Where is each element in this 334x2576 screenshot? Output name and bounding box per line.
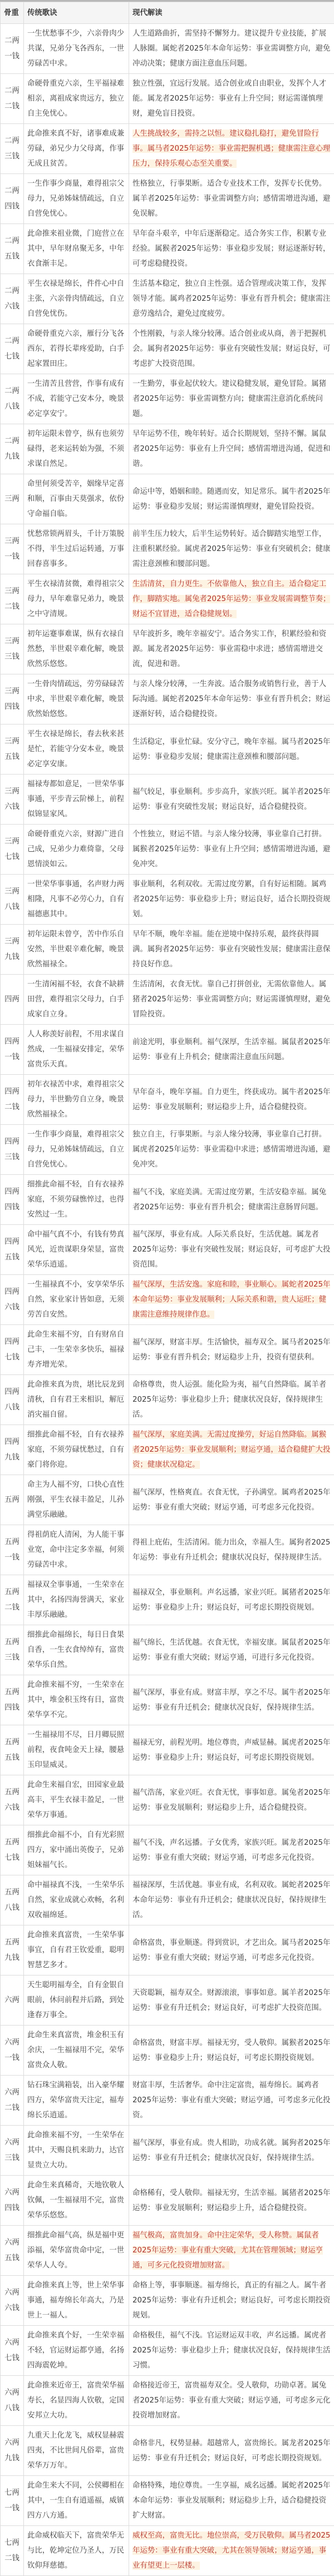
modern-text: 福气不浅，声名远播。子女优秀，家族兴旺。属龙者2025年运势：事业有重大突破；财… [132,1839,330,1862]
poem-cell: 一世荣华事事通，名声财力两相隆，凡事不必劳心力，自有福德惠其中。 [24,875,129,925]
modern-text: 独立性强，宜远行发展。适合创业或自由职业，发挥个人才能。属龙者2025年运势：事… [132,80,326,118]
poem-cell: 此命推来真上等，世上荣华事事通，福寿绵长年高大，乃是世上一福人。 [24,2276,129,2326]
poem-cell: 此命推来真为贵，堪比辰龙到清秋，自有君王来相识，解厄消灾福自留。 [24,1375,129,1425]
modern-text: 生活基本稳定，独立自主性强。适合管理或决策工作，发挥领导才能。属鸡者2025年运… [132,280,330,318]
weight-cell: 四两五钱 [1,1225,24,1275]
weight-label: 二两六钱 [4,284,21,315]
weight-cell: 五两 [1,1475,24,1525]
weight-cell: 三两九钱 [1,925,24,975]
poem-text: 钻石珠宝满箱装，出入豪华耀四方，荣华富贵天注定，福寿绵长乐逍遥。 [27,2081,124,2120]
poem-text: 此命推来真不好，诸事难成兼劳碌，弟兄少力父母离，作事无成且贫苦。 [27,130,124,168]
poem-cell: 此命推来近帝王，富贵荣华福寿长，名显四海人钦敬，定国安邦立大功。 [24,2376,129,2426]
poem-text: 命里何须受苦辛，姻缘早定喜和顺，百事由天莫强求，依份守命福自临。 [27,480,124,518]
poem-text: 命硬骨重克六亲，雁行分飞各西东，若得长辈疼爱助，白手起家置田庄。 [27,330,124,368]
weight-label: 四两六钱 [4,1284,21,1316]
poem-cell: 命里何须受苦辛，姻缘早定喜和顺，百事由天莫强求，依份守命福自临。 [24,474,129,524]
modern-cell: 福气深厚，生活安逸。家庭和睦，事业顺心。属蛇者2025年本命年运势：事业发展顺利… [129,1275,334,1325]
modern-cell: 早年不顺，晚年幸福。能在逆境中保持乐观，最终获得圆满。属狗者2025年运势：事业… [129,925,334,975]
modern-cell: 威权至高，富贵无比。地位崇高，受万民敬仰。属马者2025年运势：事业有重大突破，… [129,2526,334,2576]
table-row: 二两一钱一生忧愁事不少，六亲骨肉少共谋，兄弟分飞各西东，一世劳碌苦中求。人生道路… [1,24,334,74]
poem-cell: 一生清苦且营营，作事有成有不成，若能守己安本分，晚景必定享安宁。 [24,374,129,424]
table-body: 二两一钱一生忧愁事不少，六亲骨肉少共谋，兄弟分飞各西东，一世劳碌苦中求。人生道路… [1,24,334,2576]
modern-cell: 福气浩荡，家业兴旺。衣食无忧，事事如意。属兔者2025年运势：事业发展顺利；财运… [129,1775,334,1825]
modern-text: 福气深厚，性格爽直。衣食无忧，子孙满堂。属鸡者2025年运势：事业有重大突破；财… [132,1488,330,1512]
weight-label: 四两四钱 [4,1184,21,1215]
table-row: 二两四钱一生作事少商量，难得祖宗父母力，兄弟姊妹情疏远，自立自营免忧心。性格独立… [1,174,334,224]
poem-cell: 细推此命福气高，纵是福中更添福，荣华富贵命中定，一世荣华人人夸。 [24,2226,129,2276]
modern-cell: 前半生压力较大，后半生运势转好。适合脚踏实地型工作，注重积累经验。属虎者2025… [129,524,334,574]
table-row: 五两五钱一生福禄用不尽，日月卿辰照前程，夜食吨金天上禄，腰悬玉印显威灵。福禄无穷… [1,1725,334,1775]
poem-text: 此命推来近帝王，富贵荣华福寿长，名显四海人钦敬，定国安邦立大功。 [27,2381,124,2420]
poem-cell: 此命推来祖业微，门庭营立在其中，早年财帛聚无多，中年衣食渐丰足。 [24,224,129,274]
table-row: 四两八钱此命推来真为贵，堪比辰龙到清秋，自有君王来相识，解厄消灾福自留。命格尊贵… [1,1375,334,1425]
table-row: 五两二钱福禄双全事事通，一生荣幸在其中，名扬四海誉满天，家业丰厚乐融融。福禄双全… [1,1575,334,1625]
header-weight: 骨重 [1,2,24,24]
poem-cell: 细推此命福不小，自有光彩照四方，家中涌出英俊子，兄弟姐妹福气长。 [24,1825,129,1875]
modern-cell: 早年奋斗艰辛，中年后逐渐稳定。适合务实工作，积累专业经验。属猴者2025年运势：… [129,224,334,274]
poem-cell: 此命生来福自宏，田园家业最高丰，平生衣禄丰盈足，一世荣华万事通。 [24,1775,129,1825]
poem-cell: 忧愁常锁两眉头，千计万策脱不得，半生过后运转通，万事回春喜事多。 [24,524,129,574]
modern-text: 财富丰厚，生活奢华。命中注定富贵，福寿绵长。属鸡者2025年运势：事业有重大突破… [132,2081,330,2120]
modern-text: 性格独立，行事果断。适合专业技术工作，发挥专长优势。属羊者2025年运势：事业需… [132,180,330,218]
modern-cell: 命格稀有，受人敬仰。福禄无穷，生活幸福。属猪者2025年运势：事业发展顺利；财运… [129,2176,334,2226]
poem-cell: 一生骨肉情疏远，劳劳碌碌苦中求，半世艰辛难化解，晚景欣然始悠悠。 [24,674,129,724]
poem-text: 此命生来福不穷，自有财帛自己丰，一生荣幸多快乐，福禄寿齐增光荣。 [27,1331,124,1369]
modern-cell: 得祖上庇佑，生活清闲。能力出众，幸福人生。属狗者2025年运势：事业有升迁机会；… [129,1525,334,1575]
modern-text: 福气浩荡，家业兴旺。衣食无忧，事事如意。属兔者2025年运势：事业发展顺利；财运… [132,1789,330,1812]
weight-label: 二两八钱 [4,384,21,415]
weight-cell: 二两六钱 [1,274,24,324]
modern-text-highlighted: 生活清贫，自力更生。不依靠他人，独立自主。适合稳定工作，脚踏实地。属兔者2025… [132,580,330,618]
weight-cell: 四两一钱 [1,1025,24,1075]
weight-cell: 六两三钱 [1,2126,24,2176]
weight-cell: 五两七钱 [1,1825,24,1875]
weight-label: 五两三钱 [4,1635,21,1666]
table-row: 六两七钱此命推来真个好，一生荣幸福不轻，官运财运都亨通，名扬四海震乾坤。命格极佳… [1,2326,334,2376]
poem-text: 命硬骨重克六亲，财源广进自己成，兄弟少力难倚靠，父母恩情淡如云。 [27,830,124,868]
weight-cell: 六两五钱 [1,2226,24,2276]
modern-cell: 命格极佳，福气不浅。官运财运双丰收，声名远播。属虎者2025年运势：事业稳步上升… [129,2326,334,2376]
modern-cell: 福禄深厚，生活优越。事业有成，名利双收。属蛇者2025年本命年运势：事业有升迁机… [129,1875,334,1925]
weight-label: 二两二钱 [4,83,21,115]
weight-label: 三两三钱 [4,634,21,665]
weight-cell: 四两七钱 [1,1325,24,1375]
modern-text-highlighted: 福气深厚，生活安逸。家庭和睦，事业顺心。属蛇者2025年本命年运势：事业发展顺利… [132,1280,330,1319]
poem-text: 平生衣禄是绵长，春去秋来甚是忙，若能守分安本业，晚景必定享安康。 [27,730,124,768]
modern-text: 福禄双全，事业顺利。声名远播，家业兴旺。属猪者2025年运势：事业稳步上升；财运… [132,1589,330,1612]
table-row: 五两六钱此命生来福自宏，田园家业最高丰，平生衣禄丰盈足，一世荣华万事通。福气浩荡… [1,1775,334,1825]
modern-cell: 福气较足，事业顺利。步步高升，家族兴旺。属羊者2025年运势：事业有突破性发展；… [129,775,334,825]
modern-cell: 早年波折多，晚年幸福安宁。适合务实工作，积累经验和资源。属龙者2025年运势：事… [129,624,334,674]
table-row: 六两八钱此命推来近帝王，富贵荣华福寿长，名显四海人钦敬，定国安邦立大功。命格接近… [1,2376,334,2426]
table-row: 四两六钱一生福禄真不小，安享荣华乐自然，家业家计皆如意，无须劳苦自安然。福气深厚… [1,1275,334,1325]
table-row: 二两七钱命硬骨重克六亲，雁行分飞各西东，若得长辈疼爱助，白手起家置田庄。个性刚毅… [1,324,334,374]
poem-cell: 福禄双全事事通，一生荣幸在其中，名扬四海誉满天，家业丰厚乐融融。 [24,1575,129,1625]
poem-cell: 初年运限未曾亨，苦中作乐自安然，半世艰辛难化解，晚景欣然福禄全。 [24,925,129,975]
modern-text: 福气深厚，事业有成。财富丰厚，享之不尽。属牛者2025年运势：事业有升迁机会；健… [132,1689,330,1712]
modern-cell: 事业顺利，名利双收。无需过度劳累，自有好运相随。属鸡者2025年运势：事业稳步上… [129,875,334,925]
table-row: 三两命里何须受苦辛，姻缘早定喜和顺，百事由天莫强求，依份守命福自临。命运中等，婚… [1,474,334,524]
weight-cell: 二两一钱 [1,24,24,74]
table-row: 四两一钱人人称羡好前程，不用求谋自然成，一生福禄安排定，荣华富贵乐天真。前途光明… [1,1025,334,1075]
modern-cell: 命格富贵，财富丰厚。福禄无穷，受人敬仰。属猴者2025年运势：事业稳步上升；财运… [129,2026,334,2076]
modern-cell: 福禄无穷，前程光明。地位尊贵，声威显赫。属虎者2025年运势：事业稳步上升；财运… [129,1725,334,1775]
table-row: 四两三钱一生作事少商量，难得祖宗父母力，兄弟姊妹情疏远，自立自营免忧心。独立自主… [1,1125,334,1175]
table-row: 七两一钱此命生来大不同，公侯卿相在其中，一生自有逍遥福，威镇四方八方通。命格特殊… [1,2476,334,2526]
modern-cell: 福禄双全，事业顺利。声名远播，家业兴旺。属猪者2025年运势：事业稳步上升；财运… [129,1575,334,1625]
poem-cell: 此命推来真不好，诸事难成兼劳碌，弟兄少力父母离，作事无成且贫苦。 [24,124,129,174]
weight-label: 二两一钱 [4,33,21,64]
bone-weight-table: 骨重 传统歌诀 现代解读 二两一钱一生忧愁事不少，六亲骨肉少共谋，兄弟分飞各西东… [0,2,334,2576]
modern-text: 福禄深厚，生活优越。事业有成，名利双收。属蛇者2025年本命年运势：事业有升迁机… [132,1881,330,1919]
table-row: 六两四钱此命生来真稀奇，天地钦敬人钦佩，一生福禄用不完，富贵荣华乐悠悠。命格稀有… [1,2176,334,2226]
poem-cell: 命硬骨重克六亲，雁行分飞各西东，若得长辈疼爱助，白手起家置田庄。 [24,324,129,374]
modern-cell: 生活基本稳定，独立自主性强。适合管理或决策工作，发挥领导才能。属鸡者2025年运… [129,274,334,324]
modern-cell: 性格独立，行事果断。适合专业技术工作，发挥专长优势。属羊者2025年运势：事业需… [129,174,334,224]
poem-cell: 细推此命福绵长，每日日食果自香，一生衣食绰绰有，富贵荣华乐自然。 [24,1625,129,1675]
modern-text: 福气不浅，家庭美满。无需过度劳累，生活安稳幸福。属兔者2025年运势：事业有晋升… [132,1188,326,1212]
modern-text: 命格上等，事事顺遂。福寿绵长，真正的有福之人。属牛者2025年运势：事业有升迁机… [132,2281,330,2320]
weight-label: 三两八钱 [4,884,21,915]
poem-cell: 一生忧愁事不少，六亲骨肉少共谋，兄弟分飞各西东，一世劳碌苦中求。 [24,24,129,74]
poem-cell: 此命推来福不穷，一生荣幸在其中，堆金积玉终有日，富贵荣华享不完。 [24,1675,129,1725]
modern-cell: 福气深厚，事业有成。人际关系良好，生活优越。属龙者2025年运势：事业有突破性发… [129,1225,334,1275]
weight-label: 三两五钱 [4,734,21,765]
modern-text: 命格富贵，事业顺遂。得到赏识，才艺出众。属马者2025年运势：事业有重大突破；财… [132,1939,330,1962]
modern-text: 与亲人缘分较薄，一生奔波。适合服务或销售行业，善于人际沟通。属蛇者2025年本命… [132,680,330,718]
poem-cell: 此命推来福不穷，一生荣华在其中，天赐良机来助力，达官显贵立大功。 [24,2126,129,2176]
weight-cell: 四两三钱 [1,1125,24,1175]
poem-cell: 一生清闲福不轻，衣食不缺耕田营，难得祖宗父母力，白手成家自立身。 [24,975,129,1025]
weight-label: 五两六钱 [4,1785,21,1816]
modern-text: 早年运势不佳，晚年转好。适合长期规划，坚持不懈。属鼠者2025年运势：事业有上升… [132,430,330,468]
weight-cell: 三两六钱 [1,775,24,825]
modern-cell: 生活清贫，自力更生。不依靠他人，独立自主。适合稳定工作，脚踏实地。属兔者2025… [129,574,334,624]
weight-label: 七两二钱 [4,2535,21,2567]
poem-cell: 钻石珠宝满箱装，出入豪华耀四方，荣华富贵天注定，福寿绵长乐逍遥。 [24,2076,129,2126]
poem-cell: 一生福禄用不尽，日月卿辰照前程，夜食吨金天上禄，腰悬玉印显威灵。 [24,1725,129,1775]
poem-text: 命中福气真不小，有钱有势真风光，近贵谋职身荣显，富贵荣华乐逍遥。 [27,1230,124,1269]
poem-text: 一生福禄真不小，安享荣华乐自然，家业家计皆如意，无须劳苦自安然。 [27,1280,124,1319]
poem-cell: 一生作事少商量，难得祖宗父母力，兄弟姊妹情疏远，自立自营免忧心。 [24,1125,129,1175]
modern-cell: 福气极高，富贵加身。命中注定荣华，受人称赞。属鼠者2025年运势：事业有重大突破… [129,2226,334,2276]
table-row: 五两一钱得祖荫庇人清闲，为人能干事业宽，命中注定多幸福，何须劳碌苦中求。得祖上庇… [1,1525,334,1575]
weight-label: 三两二钱 [4,584,21,615]
poem-text: 此命推来真上等，世上荣华事事通，福寿绵长年高大，乃是世上一福人。 [27,2281,124,2320]
weight-label: 四两三钱 [4,1134,21,1165]
table-row: 二两二钱命硬骨重克六亲，生平福禄难相亲，离祖成家贵远方，独立自主免忧心。独立性强… [1,74,334,124]
modern-text: 命格非凡，权势显赫。超越常人，富贵绵长。属龙者2025年运势：事业有升迁机会；财… [132,2439,330,2463]
header-poem: 传统歌诀 [24,2,129,24]
table-row: 四两五钱命中福气真不小，有钱有势真风光，近贵谋职身荣显，富贵荣华乐逍遥。福气深厚… [1,1225,334,1275]
table-row: 三两四钱一生骨肉情疏远，劳劳碌碌苦中求，半世艰辛难化解，晚景欣然始悠悠。与亲人缘… [1,674,334,724]
weight-label: 六两 [4,1993,21,2008]
table-row: 二两六钱平生衣禄是绵长，件件心中自主张，六亲骨肉情疏远，自立自营免忧伤。生活基本… [1,274,334,324]
poem-text: 此命威权临天下，富贵荣华无与比，乾坤定位乃圣人，万民钦仰拜慈德。 [27,2532,124,2570]
weight-label: 五两一钱 [4,1535,21,1566]
modern-cell: 财富丰厚，生活奢华。命中注定富贵，福寿绵长。属鸡者2025年运势：事业有重大突破… [129,2076,334,2126]
poem-text: 命硬骨重克六亲，生平福禄难相亲，离祖成家贵远方，独立自主免忧心。 [27,80,124,118]
poem-cell: 命中福禄真不浅，一生荣华乐自然，家业成就心欢畅，名利双收福绵延。 [24,1875,129,1925]
weight-cell: 四两九钱 [1,1425,24,1475]
poem-cell: 人人称羡好前程，不用求谋自然成，一生福禄安排定，荣华富贵乐天真。 [24,1025,129,1075]
poem-cell: 此命生来大不同，公侯卿相在其中，一生自有逍遥福，威镇四方八方通。 [24,2476,129,2526]
modern-text: 得祖上庇佑，生活清闲。能力出众，幸福人生。属狗者2025年运势：事业有升迁机会；… [132,1538,330,1562]
weight-label: 四两二钱 [4,1084,21,1115]
weight-label: 六两九钱 [4,2435,21,2466]
poem-text: 此命生来大不同，公侯卿相在其中，一生自有逍遥福，威镇四方八方通。 [27,2481,124,2520]
modern-text-highlighted: 福气极高，富贵加身。命中注定荣华，受人称赞。属鼠者2025年运势：事业有重大突破… [132,2231,323,2270]
weight-cell: 三两四钱 [1,674,24,724]
weight-label: 四两 [4,992,21,1007]
poem-text: 一生福禄用不尽，日月卿辰照前程，夜食吨金天上禄，腰悬玉印显威灵。 [27,1731,124,1769]
weight-label: 二两四钱 [4,183,21,215]
modern-cell: 独立性强，宜远行发展。适合创业或自由职业，发挥个人才能。属龙者2025年运势：事… [129,74,334,124]
weight-cell: 二两九钱 [1,424,24,474]
poem-text: 忧愁常锁两眉头，千计万策脱不得，半生过后运转通，万事回春喜事多。 [27,530,124,568]
modern-cell: 前途光明，事业顺利。福气深厚，生活幸福。属鼠者2025年运势：事业有上升机会；健… [129,1025,334,1075]
modern-text: 一生勤劳，事业起伏较大。建议稳健发展，避免冒险。属猪者2025年运势：事业需调整… [132,380,326,418]
table-row: 二两三钱此命推来真不好，诸事难成兼劳碌，弟兄少力父母离，作事无成且贫苦。人生挑战… [1,124,334,174]
weight-cell: 六两二钱 [1,2076,24,2126]
poem-text: 平生衣禄清贫微，难得祖宗父母力，早年难靠兄弟力，晚景之中守清规。 [27,580,124,618]
modern-text: 生活稳定，事业忙碌。安分守己，晚年幸福。属马者2025年运势：事业稳步发展；健康… [132,738,330,761]
poem-cell: 一生福禄真不小，安享荣华乐自然，家业家计皆如意，无须劳苦自安然。 [24,1275,129,1325]
table-row: 六两三钱此命推来福不穷，一生荣华在其中，天赐良机来助力，达官显贵立大功。福气深厚… [1,2126,334,2176]
modern-text: 福气深厚，财富丰厚。生活愉快，福寿双全。属马者2025年运势：事业有晋升机会；财… [132,1338,330,1362]
weight-cell: 六两九钱 [1,2426,24,2476]
poem-text: 初年衣禄苦中求，难得祖宗父母力，半世勤劳自立身，晚景欣然福禄全。 [27,1080,124,1119]
poem-text: 得祖荫庇人清闲，为人能干事业宽，命中注定多幸福，何须劳碌苦中求。 [27,1531,124,1569]
modern-cell: 命格富贵，事业顺遂。得到赏识，才艺出众。属马者2025年运势：事业有重大突破；财… [129,1925,334,1976]
poem-cell: 此命推来真富贵，一生荣华事事宜，自有君王钦爱重，聪明智慧艺多才。 [24,1925,129,1976]
table-row: 三两一钱忧愁常锁两眉头，千计万策脱不得，半生过后运转通，万事回春喜事多。前半生压… [1,524,334,574]
poem-cell: 天生聪明福寿全，自有金银自眼前，休问前程并后路，到处逢春万事全。 [24,1976,129,2026]
poem-cell: 平生衣禄清贫微，难得祖宗父母力，早年难靠兄弟力，晚景之中守清规。 [24,574,129,624]
poem-text: 此命推来真富贵，一生荣华事事宜，自有君王钦爱重，聪明智慧艺多才。 [27,1931,124,1969]
poem-text: 细推此命福不轻，自有衣禄养家庭，不须劳碌忧愁过，自有豪门将你迎。 [27,1431,124,1469]
table-row: 五两九钱此命推来真富贵，一生荣华事事宜，自有君王钦爱重，聪明智慧艺多才。命格富贵… [1,1925,334,1976]
modern-text-highlighted: 威权至高，富贵无比。地位崇高，受万民敬仰。属马者2025年运势：事业有重大突破，… [132,2532,330,2570]
poem-cell: 初年运限未曾亨，纵有也须劳碌得，老来运转始为强，不须求谋自然足。 [24,424,129,474]
modern-text: 福气绵长，生活优越。衣食无忧，幸福安康。属鼠者2025年运势：事业有重大突破；财… [132,1639,330,1662]
table-row: 三两九钱初年运限未曾亨，苦中作乐自安然，半世艰辛难化解，晚景欣然福禄全。早年不顺… [1,925,334,975]
poem-text: 此命推来真为贵，堪比辰龙到清秋，自有君王来相识，解厄消灾福自留。 [27,1381,124,1419]
weight-cell: 六两七钱 [1,2326,24,2376]
weight-label: 五两九钱 [4,1935,21,1966]
modern-text: 福气深厚，事业有成。贵人相助，功成名就。属狗者2025年运势：事业有升迁机会；健… [132,2139,330,2162]
weight-cell: 四两 [1,975,24,1025]
table-row: 三两八钱一世荣华事事通，名声财力两相隆，凡事不必劳心力，自有福德惠其中。事业顺利… [1,875,334,925]
modern-cell: 福气绵长，生活优越。衣食无忧，幸福安康。属鼠者2025年运势：事业有重大突破；财… [129,1625,334,1675]
table-row: 三两三钱初年运蹇事难谋，纵有衣禄自然愁，半世艰辛难化解，晚景欣然乐悠悠。早年波折… [1,624,334,674]
weight-label: 三两一钱 [4,534,21,565]
modern-cell: 早年运势不佳，晚年转好。适合长期规划，坚持不懈。属鼠者2025年运势：事业有上升… [129,424,334,474]
modern-text: 前半生压力较大，后半生运势转好。适合脚踏实地型工作，注重积累经验。属虎者2025… [132,530,330,568]
poem-text: 初年运限未曾亨，苦中作乐自安然，半世艰辛难化解，晚景欣然福禄全。 [27,930,124,969]
weight-label: 六两七钱 [4,2335,21,2366]
weight-label: 三两 [4,492,21,507]
poem-cell: 命硬骨重克六亲，财源广进自己成，兄弟少力难倚靠，父母恩情淡如云。 [24,825,129,875]
weight-cell: 二两八钱 [1,374,24,424]
poem-cell: 初年衣禄苦中求，难得祖宗父母力，半世勤劳自立身，晚景欣然福禄全。 [24,1075,129,1125]
weight-label: 六两五钱 [4,2235,21,2266]
table-row: 四两九钱细推此命福不轻，自有衣禄养家庭，不须劳碌忧愁过，自有豪门将你迎。福气深厚… [1,1425,334,1475]
weight-cell: 三两三钱 [1,624,24,674]
weight-cell: 五两八钱 [1,1875,24,1925]
modern-cell: 命格尊贵，贵人运强。能化险为夷，福气自然降临。属羊者2025年运势：事业稳步上升… [129,1375,334,1425]
poem-cell: 命硬骨重克六亲，生平福禄难相亲，离祖成家贵远方，独立自主免忧心。 [24,74,129,124]
modern-cell: 与亲人缘分较薄，一生奔波。适合服务或销售行业，善于人际沟通。属蛇者2025年本命… [129,674,334,724]
modern-cell: 早年奋斗，晚年享福。自力更生，终获成功。属牛者2025年运势：事业发展顺利；财运… [129,1075,334,1125]
poem-cell: 九重天上化龙飞，威权显赫震四夷，不比世间凡俗辈，富贵荣华万万年。 [24,2426,129,2476]
poem-text: 此命生来真富贵，堆金积玉有余庆，一生福禄用不完，荣华富贵众人敬。 [27,2031,124,2069]
poem-text: 一生忧愁事不少，六亲骨肉少共谋，兄弟分飞各西东，一世劳碌苦中求。 [27,29,124,68]
poem-text: 此命推来真个好，一生荣幸福不轻，官运财运都亨通，名扬四海震乾坤。 [27,2331,124,2370]
modern-cell: 命格上等，事事顺遂。福寿绵长，真正的有福之人。属牛者2025年运势：事业有升迁机… [129,2276,334,2326]
weight-cell: 五两四钱 [1,1675,24,1725]
modern-text: 早年不顺，晚年幸福。能在逆境中保持乐观，最终获得圆满。属狗者2025年运势：事业… [132,930,330,969]
weight-label: 五两五钱 [4,1735,21,1766]
modern-cell: 福气深厚，事业有成。财富丰厚，享之不尽。属牛者2025年运势：事业有升迁机会；健… [129,1675,334,1725]
modern-text: 独立自主，行事果断。与亲人缘分较薄，事业靠自己打拼。属虎者2025年运势：事业需… [132,1130,330,1169]
poem-cell: 福禄寿都如意足，一世荣华事事通，平步青云阶梯上，前程似锦显家风。 [24,775,129,825]
modern-cell: 天资聪颖，福寿双全。财源滚滚，事事如意。属羊者2025年运势：事业有升迁机会；财… [129,1976,334,2026]
poem-text: 平生衣禄是绵长，件件心中自主张，六亲骨肉情疏远，自立自营免忧伤。 [27,280,124,318]
poem-text: 此命生来福自宏，田园家业最高丰，平生衣禄丰盈足，一世荣华万事通。 [27,1781,124,1819]
poem-text: 细推此命福绵长，每日日食果自香，一生衣食绰绰有，富贵荣华乐自然。 [27,1631,124,1669]
weight-cell: 五两三钱 [1,1625,24,1675]
poem-text: 一生骨肉情疏远，劳劳碌碌苦中求，半世艰辛难化解，晚景欣然始悠悠。 [27,680,124,718]
table-row: 四两一生清闲福不轻，衣食不缺耕田营，难得祖宗父母力，白手成家自立身。生活清闲，衣… [1,975,334,1025]
poem-cell: 一生作事少商量，难得祖宗父母力，兄弟姊妹情疏远，自立自营免忧心。 [24,174,129,224]
modern-text: 命格接近帝王，富贵福寿双全。受人敬仰，功勋卓著。属兔者2025年运势：事业有重大… [132,2381,330,2420]
table-row: 七两二钱此命威权临天下，富贵荣华无与比，乾坤定位乃圣人，万民钦仰拜慈德。威权至高… [1,2526,334,2576]
weight-cell: 六两六钱 [1,2276,24,2326]
weight-label: 六两六钱 [4,2285,21,2316]
weight-label: 五两二钱 [4,1585,21,1616]
poem-text: 细推此命福不小，自有光彩照四方，家中涌出英俊子，兄弟姐妹福气长。 [27,1831,124,1869]
modern-cell: 个性独立，财运不错。与亲人缘分较薄，事业靠自己打拼。属猴者2025年运势：事业有… [129,825,334,875]
table-row: 六两六钱此命推来真上等，世上荣华事事通，福寿绵长年高大，乃是世上一福人。命格上等… [1,2276,334,2326]
modern-text-highlighted: 人生挑战较多，需持之以恒。建议稳扎稳打，避免冒险行事。属马者2025年运势：事业… [132,130,330,168]
table-row: 四两二钱初年衣禄苦中求，难得祖宗父母力，半世勤劳自立身，晚景欣然福禄全。早年奋斗… [1,1075,334,1125]
modern-text-highlighted: 福气深厚，家庭美满。无需过度操劳，好运自然降临。属猴者2025年运势：事业发展顺… [132,1431,330,1469]
weight-cell: 二两三钱 [1,124,24,174]
modern-text: 早年奋斗，晚年享福。自力更生，终获成功。属牛者2025年运势：事业发展顺利；财运… [132,1088,330,1111]
weight-cell: 七两一钱 [1,2476,24,2526]
modern-text: 福气深厚，事业有成。人际关系良好，生活优越。属龙者2025年运势：事业有突破性发… [132,1230,330,1269]
poem-cell: 细推此命福不轻，自有衣禄养家庭，不须劳碌忧愁过，自有豪门将你迎。 [24,1425,129,1475]
table-row: 六两二钱钻石珠宝满箱装，出入豪华耀四方，荣华富贵天注定，福寿绵长乐逍遥。财富丰厚… [1,2076,334,2126]
weight-cell: 六两一钱 [1,2026,24,2076]
weight-label: 四两五钱 [4,1234,21,1265]
poem-text: 人人称羡好前程，不用求谋自然成，一生福禄安排定，荣华富贵乐天真。 [27,1030,124,1069]
weight-label: 四两七钱 [4,1334,21,1366]
modern-cell: 人生道路曲折，需坚持不懈努力。建议提升专业技能，扩展人脉圈。属蛇者2025年本命… [129,24,334,74]
modern-cell: 福气深厚，家庭美满。无需过度操劳，好运自然降临。属猴者2025年运势：事业发展顺… [129,1425,334,1475]
table-row: 六两九钱九重天上化龙飞，威权显赫震四夷，不比世间凡俗辈，富贵荣华万万年。命格非凡… [1,2426,334,2476]
header-modern: 现代解读 [129,2,334,24]
modern-text: 命格稀有，受人敬仰。福禄无穷，生活幸福。属猪者2025年运势：事业发展顺利；财运… [132,2189,330,2212]
weight-label: 二两五钱 [4,234,21,265]
table-row: 三两六钱福禄寿都如意足，一世荣华事事通，平步青云阶梯上，前程似锦显家风。福气较足… [1,775,334,825]
weight-cell: 二两二钱 [1,74,24,124]
poem-cell: 平生衣禄是绵长，春去秋来甚是忙，若能守分安本业，晚景必定享安康。 [24,724,129,775]
weight-cell: 三两一钱 [1,524,24,574]
modern-cell: 生活稳定，事业忙碌。安分守己，晚年幸福。属马者2025年运势：事业稳步发展；健康… [129,724,334,775]
weight-cell: 五两二钱 [1,1575,24,1625]
weight-cell: 二两五钱 [1,224,24,274]
weight-label: 七两一钱 [4,2485,21,2517]
weight-label: 四两一钱 [4,1034,21,1065]
poem-text: 一生清苦且营营，作事有成有不成，若能守己安本分，晚景必定享安宁。 [27,380,124,418]
modern-text: 前途光明，事业顺利。福气深厚，生活幸福。属鼠者2025年运势：事业有上升机会；健… [132,1038,330,1061]
poem-text: 一生作事少商量，难得祖宗父母力，兄弟姊妹情疏远，自立自营免忧心。 [27,1130,124,1169]
weight-cell: 七两二钱 [1,2526,24,2576]
modern-cell: 福气深厚，事业有成。贵人相助，功成名就。属狗者2025年运势：事业有升迁机会；健… [129,2126,334,2176]
weight-label: 六两二钱 [4,2085,21,2116]
poem-cell: 此命生来真稀奇，天地钦敬人钦佩，一生福禄用不完，富贵荣华乐悠悠。 [24,2176,129,2226]
weight-label: 五两七钱 [4,1835,21,1866]
modern-cell: 福气不浅，家庭美满。无需过度劳累，生活安稳幸福。属兔者2025年运势：事业有晋升… [129,1175,334,1225]
modern-text: 命格富贵，财富丰厚。福禄无穷，受人敬仰。属猴者2025年运势：事业稳步上升；财运… [132,2039,330,2062]
modern-cell: 福气深厚，财富丰厚。生活愉快，福寿双全。属马者2025年运势：事业有晋升机会；财… [129,1325,334,1375]
modern-cell: 生活清闲，衣食无忧。靠自己打拼创业，无需依靠他人。属猪者2025年运势：事业需调… [129,975,334,1025]
poem-cell: 此命生来真富贵，堆金积玉有余庆，一生福禄用不完，荣华富贵众人敬。 [24,2026,129,2076]
weight-label: 五两四钱 [4,1685,21,1716]
modern-text: 生活清闲，衣食无忧。靠自己打拼创业，无需依靠他人。属猪者2025年运势：事业需调… [132,980,330,1019]
weight-cell: 三两五钱 [1,724,24,775]
poem-text: 福禄双全事事通，一生荣幸在其中，名扬四海誉满天，家业丰厚乐融融。 [27,1581,124,1619]
modern-cell: 命格非凡，权势显赫。超越常人，富贵绵长。属龙者2025年运势：事业有升迁机会；财… [129,2426,334,2476]
table-row: 六两天生聪明福寿全，自有金银自眼前，休问前程并后路，到处逢春万事全。天资聪颖，福… [1,1976,334,2026]
modern-cell: 命格接近帝王，富贵福寿双全。受人敬仰，功勋卓著。属兔者2025年运势：事业有重大… [129,2376,334,2426]
poem-text: 一世荣华事事通，名声财力两相隆，凡事不必劳心力，自有福德惠其中。 [27,880,124,919]
poem-text: 九重天上化龙飞，威权显赫震四夷，不比世间凡俗辈，富贵荣华万万年。 [27,2431,124,2470]
poem-text: 细推此命福气高，纵是福中更添福，荣华富贵命中定，一世荣华人人夸。 [27,2231,124,2270]
poem-text: 天生聪明福寿全，自有金银自眼前，休问前程并后路，到处逢春万事全。 [27,1981,124,2019]
table-row: 六两五钱细推此命福气高，纵是福中更添福，荣华富贵命中定，一世荣华人人夸。福气极高… [1,2226,334,2276]
weight-cell: 四两六钱 [1,1275,24,1325]
poem-cell: 得祖荫庇人清闲，为人能干事业宽，命中注定多幸福，何须劳碌苦中求。 [24,1525,129,1575]
weight-cell: 五两六钱 [1,1775,24,1825]
poem-text: 此命推来福不穷，一生荣华在其中，天赐良机来助力，达官显贵立大功。 [27,2131,124,2170]
weight-label: 二两七钱 [4,334,21,365]
weight-label: 二两九钱 [4,434,21,465]
table-row: 六两一钱此命生来真富贵，堆金积玉有余庆，一生福禄用不完，荣华富贵众人敬。命格富贵… [1,2026,334,2076]
table-row: 五两四钱此命推来福不穷，一生荣幸在其中，堆金积玉终有日，富贵荣华享不完。福气深厚… [1,1675,334,1725]
poem-text: 细推此命福不轻，自有衣禄养家庭，不须劳碌憔悴过，也得安然过一生。 [27,1180,124,1219]
poem-text: 一生清闲福不轻，衣食不缺耕田营，难得祖宗父母力，白手成家自立身。 [27,980,124,1019]
table-row: 三两五钱平生衣禄是绵长，春去秋来甚是忙，若能守分安本业，晚景必定享安康。生活稳定… [1,724,334,775]
modern-text: 早年奋斗艰辛，中年后逐渐稳定。适合务实工作，积累专业经验。属猴者2025年运势：… [132,230,330,268]
modern-text: 福禄无穷，前程光明。地位尊贵，声威显赫。属虎者2025年运势：事业稳步上升；财运… [132,1739,330,1762]
table-row: 四两四钱细推此命福不轻，自有衣禄养家庭，不须劳碌憔悴过，也得安然过一生。福气不浅… [1,1175,334,1225]
weight-label: 六两四钱 [4,2185,21,2216]
weight-cell: 三两二钱 [1,574,24,624]
weight-cell: 六两四钱 [1,2176,24,2226]
weight-cell: 四两八钱 [1,1375,24,1425]
modern-cell: 独立自主，行事果断。与亲人缘分较薄，事业靠自己打拼。属虎者2025年运势：事业需… [129,1125,334,1175]
modern-cell: 福气不浅，声名远播。子女优秀，家族兴旺。属龙者2025年运势：事业有重大突破；财… [129,1825,334,1875]
modern-cell: 命格特殊，地位尊贵。一生享福，威名远播。属蛇者2025年本命年运势：事业发展顺利… [129,2476,334,2526]
poem-cell: 此命推来真个好，一生荣幸福不轻，官运财运都亨通，名扬四海震乾坤。 [24,2326,129,2376]
table-row: 三两七钱命硬骨重克六亲，财源广进自己成，兄弟少力难倚靠，父母恩情淡如云。个性独立… [1,825,334,875]
poem-text: 初年运蹇事难谋，纵有衣禄自然愁，半世艰辛难化解，晚景欣然乐悠悠。 [27,630,124,668]
weight-cell: 二两四钱 [1,174,24,224]
weight-label: 五两 [4,1492,21,1508]
